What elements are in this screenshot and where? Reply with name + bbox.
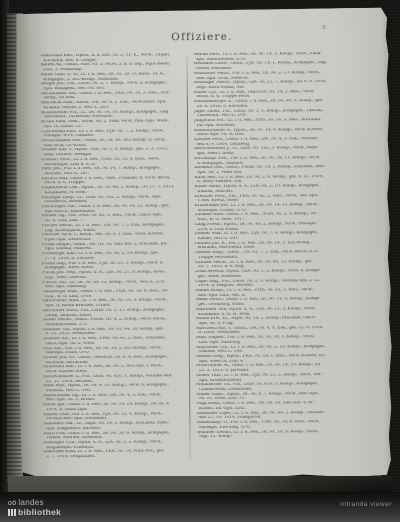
viewer-bottom-bar: oölandes bibliothek intranda viewer xyxy=(0,492,400,522)
library-logo-landes: landes xyxy=(18,498,43,507)
scanned-page[interactable]: 5 Offiziere. Abkersam Rob., Hptm., k. k.… xyxy=(14,8,393,482)
column-divider xyxy=(187,56,191,460)
intranda-viewer-label[interactable]: intranda viewer xyxy=(340,501,392,508)
library-logo-prefix: oö xyxy=(8,500,16,507)
library-logo-bibliothek: bibliothek xyxy=(18,508,61,517)
logo-bars-icon xyxy=(8,509,16,516)
text-line: Mgr. 12. Komp. xyxy=(196,434,349,440)
library-logo-line2: bibliothek xyxy=(8,508,61,517)
text-column-left: Abkersam Rob., Hptm., k. k. LIR. Nr. 2, … xyxy=(41,53,187,464)
library-logo[interactable]: oölandes bibliothek xyxy=(8,498,61,517)
viewer-canvas: 5 Offiziere. Abkersam Rob., Hptm., k. k.… xyxy=(0,0,400,522)
text-line: 2. 7. 1916, Ostgalizien. xyxy=(44,454,187,460)
text-column-right: Heindl Ferd., Lt. i. d. Res., IR. Nr. 14… xyxy=(193,52,349,463)
library-logo-line1: oölandes xyxy=(8,498,61,508)
page-title: Offiziere. xyxy=(14,30,389,45)
